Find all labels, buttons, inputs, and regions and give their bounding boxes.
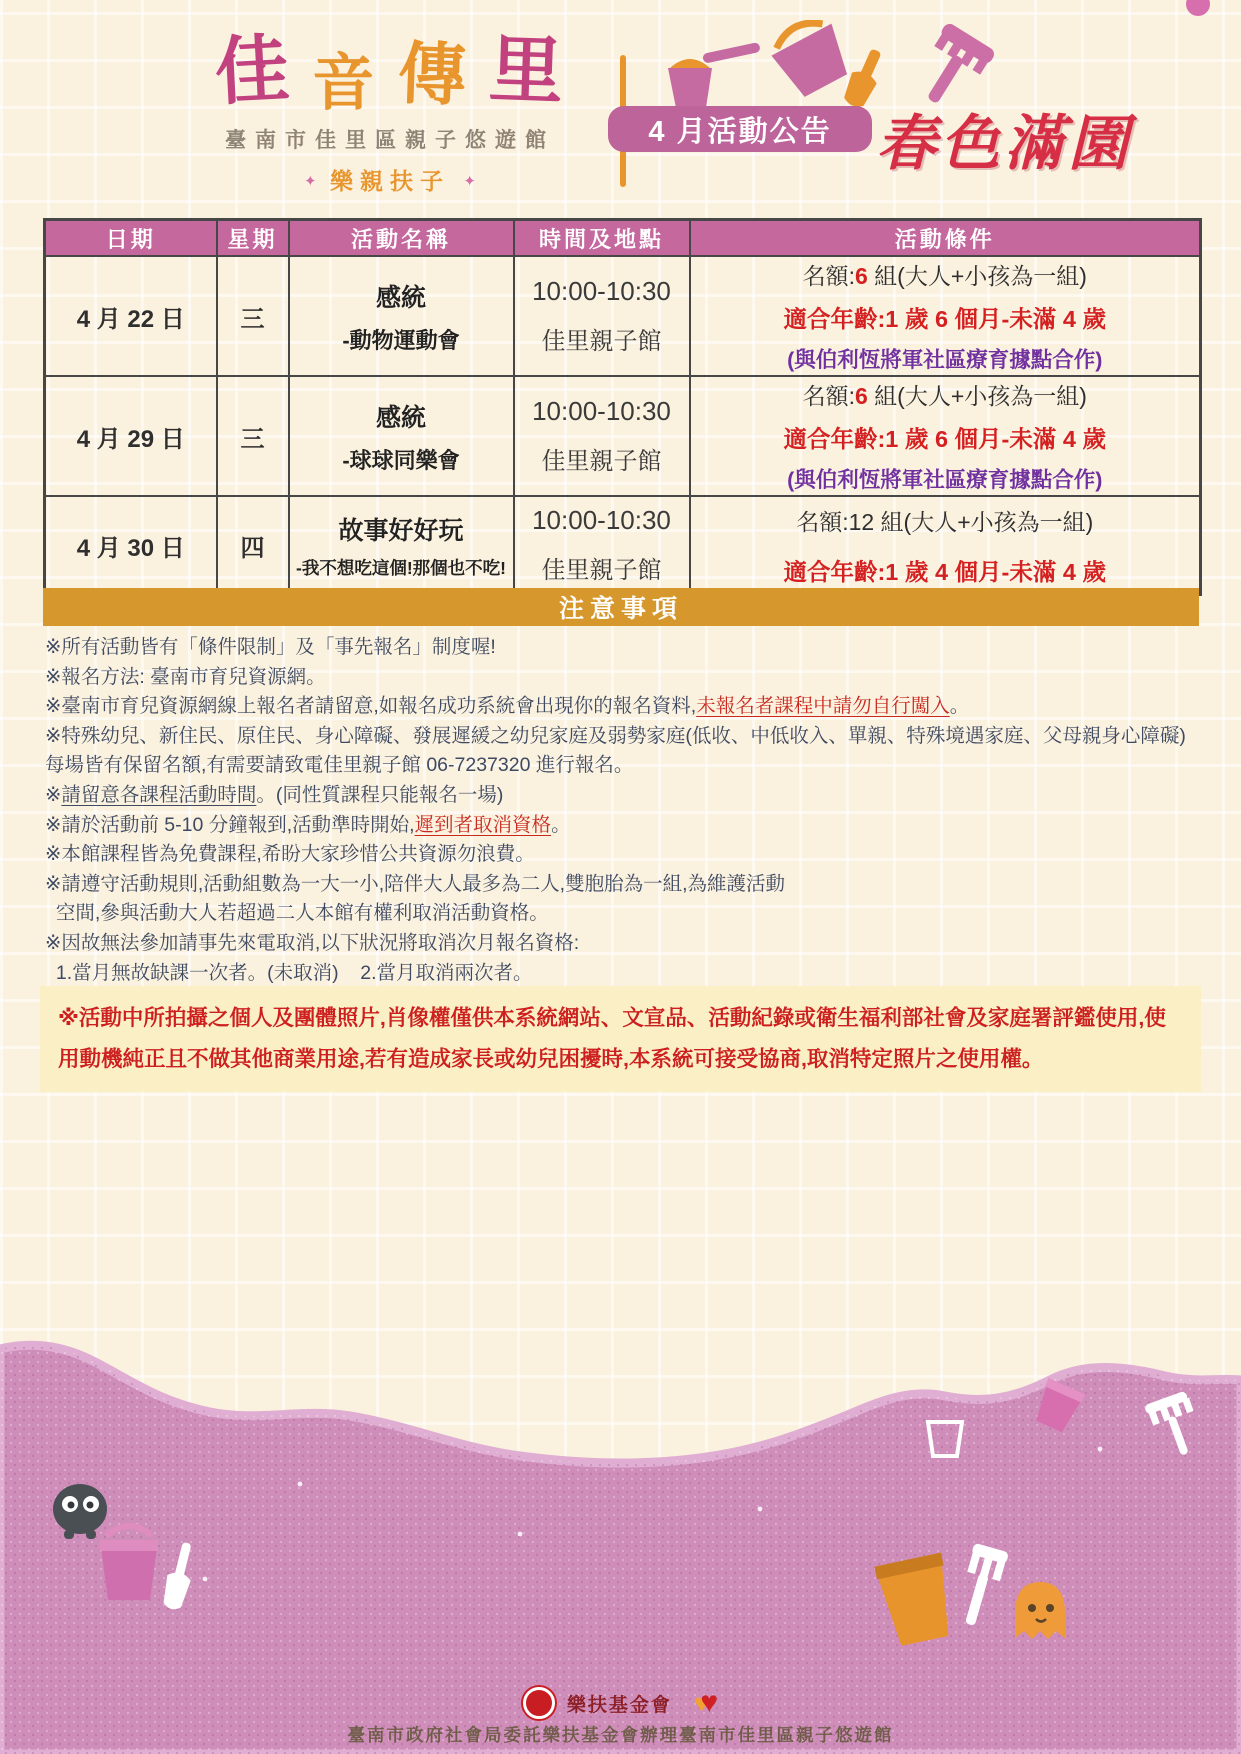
table-row: 4 月 29 日 三 感統 -球球同樂會 10:00-10:30 佳里親子館 名… bbox=[45, 376, 1201, 496]
ghost-character-icon bbox=[1015, 1582, 1065, 1639]
col-header-date: 日期 bbox=[45, 220, 217, 257]
sparkle-icon: ✦ bbox=[463, 173, 476, 190]
note-item: ※請遵守活動規則,活動組數為一大一小,陪伴大人最多為二人,雙胞胎為一組,為維護活… bbox=[45, 870, 1201, 929]
pouring-bucket-icon bbox=[765, 20, 856, 102]
col-header-weekday: 星期 bbox=[217, 220, 289, 257]
logo-char: 音 bbox=[312, 53, 376, 115]
age-line: 適合年齡:1 歲 4 個月-未滿 4 歲 bbox=[691, 553, 1200, 587]
note-item: ※請於活動前 5-10 分鐘報到,活動準時開始,遲到者取消資格。 bbox=[45, 811, 1201, 841]
time-place-cell: 10:00-10:30 佳里親子館 bbox=[514, 256, 690, 376]
note-item: ※所有活動皆有「條件限制」及「事先報名」制度喔! bbox=[45, 633, 1201, 663]
quota-number: 6 bbox=[855, 263, 868, 289]
warning-text: 遲到者取消資格 bbox=[415, 814, 552, 836]
place-text: 佳里親子館 bbox=[515, 321, 689, 356]
date-cell: 4 月 22 日 bbox=[45, 256, 217, 376]
place-text: 佳里親子館 bbox=[515, 441, 689, 476]
table-row: 4 月 30 日 四 故事好好玩 -我不想吃這個!那個也不吃! 10:00-10… bbox=[45, 496, 1201, 595]
partner-line: (與伯利恆將軍社區療育據點合作) bbox=[691, 463, 1200, 494]
col-header-time-place: 時間及地點 bbox=[514, 220, 690, 257]
quota-number: 12 bbox=[849, 509, 875, 535]
logo-title: 佳 音 傳 里 bbox=[170, 34, 610, 108]
time-place-cell: 10:00-10:30 佳里親子館 bbox=[514, 496, 690, 595]
activity-title: 故事好好玩 bbox=[290, 511, 513, 547]
activity-subtitle: -球球同樂會 bbox=[290, 444, 513, 475]
note-item: ※特殊幼兒、新住民、原住民、身心障礙、發展遲緩之幼兒家庭及弱勢家庭(低收、中低收… bbox=[45, 722, 1201, 781]
flyer-page: 佳 音 傳 里 臺南市佳里區親子悠遊館 ✦ 樂親扶子 ✦ bbox=[0, 0, 1241, 1754]
note-item: ※報名方法: 臺南市育兒資源網。 bbox=[45, 663, 1201, 693]
seasonal-calligraphy: 春色滿園 bbox=[876, 96, 1226, 182]
tagline-text: 樂親扶子 bbox=[330, 168, 450, 194]
note-item: ※臺南市育兒資源網線上報名者請留意,如報名成功系統會出現你的報名資料,未報名者課… bbox=[45, 692, 1201, 722]
activity-cell: 故事好好玩 -我不想吃這個!那個也不吃! bbox=[289, 496, 514, 595]
warning-text: 未報名者課程中請勿自行闖入 bbox=[696, 695, 950, 717]
col-header-conditions: 活動條件 bbox=[690, 220, 1201, 257]
quota-line: 名額:6 組(大人+小孩為一組) bbox=[691, 258, 1200, 291]
note-item: ※本館課程皆為免費課程,希盼大家珍惜公共資源勿浪費。 bbox=[45, 840, 1201, 870]
corner-dot-decoration bbox=[1186, 0, 1210, 16]
conditions-cell: 名額:6 組(大人+小孩為一組) 適合年齡:1 歲 6 個月-未滿 4 歲 (與… bbox=[690, 376, 1201, 496]
table-header-row: 日期 星期 活動名稱 時間及地點 活動條件 bbox=[45, 220, 1201, 257]
activity-subtitle: -我不想吃這個!那個也不吃! bbox=[290, 555, 513, 580]
conditions-cell: 名額:6 組(大人+小孩為一組) 適合年齡:1 歲 6 個月-未滿 4 歲 (與… bbox=[690, 256, 1201, 376]
footer-caption: 臺南市政府社會局委託樂扶基金會辦理臺南市佳里區親子悠遊館 bbox=[0, 1722, 1241, 1747]
scoop-bucket-icon bbox=[668, 42, 761, 108]
activity-cell: 感統 -球球同樂會 bbox=[289, 376, 514, 496]
sparkle-icon: ✦ bbox=[304, 173, 317, 190]
time-place-cell: 10:00-10:30 佳里親子館 bbox=[514, 376, 690, 496]
activity-subtitle: -動物運動會 bbox=[290, 324, 513, 355]
age-line: 適合年齡:1 歲 6 個月-未滿 4 歲 bbox=[691, 420, 1200, 454]
venue-subtitle: 臺南市佳里區親子悠遊館 bbox=[170, 124, 610, 154]
foundation-logo-icon bbox=[523, 1687, 555, 1719]
note-item: ※請留意各課程活動時間。(同性質課程只能報名一場) bbox=[45, 781, 1201, 811]
notes-list: ※所有活動皆有「條件限制」及「事先報名」制度喔! ※報名方法: 臺南市育兒資源網… bbox=[45, 633, 1201, 988]
age-line: 適合年齡:1 歲 6 個月-未滿 4 歲 bbox=[691, 300, 1200, 334]
logo-char: 佳 bbox=[213, 32, 293, 110]
date-cell: 4 月 29 日 bbox=[45, 376, 217, 496]
table-row: 4 月 22 日 三 感統 -動物運動會 10:00-10:30 佳里親子館 名… bbox=[45, 256, 1201, 376]
month-announcement-badge: 4 月活動公告 bbox=[608, 106, 872, 152]
notice-banner: 注意事項 bbox=[43, 588, 1199, 626]
note-item: ※因故無法參加請事先來電取消,以下狀況將取消次月報名資格: bbox=[45, 929, 1201, 959]
quota-line: 名額:6 組(大人+小孩為一組) bbox=[691, 378, 1200, 411]
logo-char: 傳 bbox=[397, 40, 469, 110]
weekday-cell: 四 bbox=[217, 496, 289, 595]
logo-char: 里 bbox=[488, 33, 567, 110]
activity-title: 感統 bbox=[290, 278, 513, 314]
activity-cell: 感統 -動物運動會 bbox=[289, 256, 514, 376]
activity-title: 感統 bbox=[290, 398, 513, 434]
time-text: 10:00-10:30 bbox=[515, 276, 689, 307]
photo-usage-notice: ※活動中所拍攝之個人及團體照片,肖像權僅供本系統網站、文宣品、活動紀錄或衛生福利… bbox=[40, 986, 1201, 1092]
activity-table: 日期 星期 活動名稱 時間及地點 活動條件 4 月 22 日 三 感統 -動物運… bbox=[43, 218, 1199, 596]
quota-line: 名額:12 組(大人+小孩為一組) bbox=[691, 504, 1200, 537]
hearts-logo-icon: ♥♥ bbox=[694, 1686, 718, 1720]
weekday-cell: 三 bbox=[217, 256, 289, 376]
time-text: 10:00-10:30 bbox=[515, 505, 689, 536]
emphasized-text: 請留意各課程活動時間 bbox=[61, 784, 256, 806]
conditions-cell: 名額:12 組(大人+小孩為一組) 適合年齡:1 歲 4 個月-未滿 4 歲 bbox=[690, 496, 1201, 595]
place-text: 佳里親子館 bbox=[515, 550, 689, 585]
weekday-cell: 三 bbox=[217, 376, 289, 496]
foundation-name: 樂扶基金會 bbox=[567, 1690, 672, 1717]
logo-block: 佳 音 傳 里 臺南市佳里區親子悠遊館 ✦ 樂親扶子 ✦ bbox=[170, 34, 610, 196]
note-item: 1.當月無故缺課一次者。(未取消) 2.當月取消兩次者。 bbox=[45, 959, 1201, 989]
date-cell: 4 月 30 日 bbox=[45, 496, 217, 595]
organization-logos: 樂扶基金會 ♥♥ bbox=[0, 1686, 1241, 1720]
col-header-activity: 活動名稱 bbox=[289, 220, 514, 257]
partner-line: (與伯利恆將軍社區療育據點合作) bbox=[691, 343, 1200, 374]
quota-number: 6 bbox=[855, 383, 868, 409]
tagline: ✦ 樂親扶子 ✦ bbox=[170, 163, 610, 196]
time-text: 10:00-10:30 bbox=[515, 396, 689, 427]
